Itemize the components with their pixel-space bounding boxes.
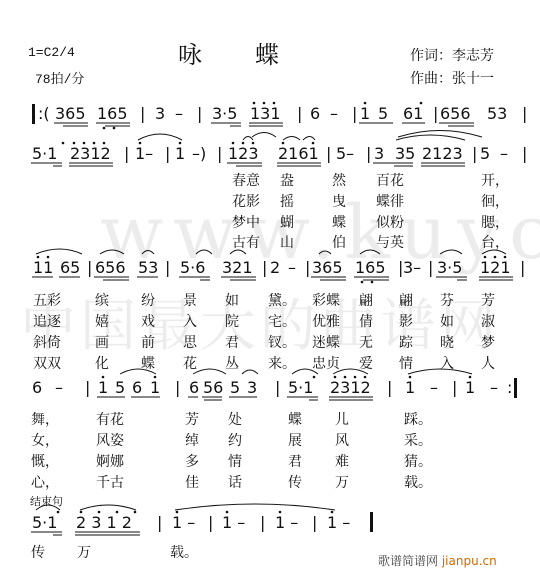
svg-text:|: |: [140, 104, 145, 123]
svg-text:6: 6: [32, 378, 42, 397]
svg-text:–: –: [330, 104, 338, 123]
lyric: 花影: [232, 191, 260, 211]
svg-text:123: 123: [228, 144, 259, 163]
svg-text:|: |: [522, 104, 527, 123]
svg-text:11: 11: [33, 258, 53, 277]
lyric: 猜。: [404, 451, 432, 471]
lyric: 君: [225, 332, 239, 352]
lyric: 倩: [359, 311, 373, 331]
lyric: 入: [183, 311, 197, 331]
svg-text:1: 1: [360, 104, 370, 123]
lyric: 开，: [481, 170, 509, 190]
lyric: 人: [481, 353, 495, 373]
svg-text:1 –: 1 –: [172, 513, 195, 532]
lyric: 五彩: [33, 290, 61, 310]
lyric: 蝶: [288, 409, 302, 429]
lyric: 淑: [481, 311, 495, 331]
lyric: 梦: [481, 332, 495, 352]
lyric: 双双: [33, 353, 61, 373]
lyric: 彩蝶: [312, 290, 340, 310]
lyric: 化: [95, 353, 109, 373]
lyric: 情: [228, 451, 242, 471]
lyric: 戏: [141, 311, 155, 331]
lyric: 载。: [404, 472, 432, 492]
lyric: 入: [440, 353, 454, 373]
lyric: 女，: [31, 430, 59, 450]
svg-text:65: 65: [60, 258, 80, 277]
svg-text:365: 365: [312, 258, 343, 277]
lyric: 花: [183, 353, 197, 373]
svg-text:53: 53: [138, 258, 158, 277]
lyric: 似粉: [376, 212, 404, 232]
svg-text:1 –: 1 –: [275, 513, 298, 532]
svg-text:165: 165: [355, 258, 386, 277]
lyric: 春意: [232, 170, 260, 190]
lyric: 纷: [141, 290, 155, 310]
lyric: 盎: [280, 170, 294, 190]
svg-text:2312: 2312: [330, 378, 371, 397]
svg-text:3: 3: [247, 378, 257, 397]
site-footer: 歌谱简谱网 jianpu.cn: [378, 552, 497, 569]
lyric: 万: [77, 542, 91, 562]
lyric: 芳: [481, 290, 495, 310]
lyric: 忠贞: [312, 353, 340, 373]
lyric: 丛: [225, 353, 239, 373]
lyric: 钗。: [268, 332, 296, 352]
svg-text:|: |: [297, 104, 302, 123]
lyric: 蝴: [280, 212, 294, 232]
svg-text:121: 121: [480, 258, 511, 277]
svg-text:|: |: [472, 144, 477, 163]
lyric: 如: [440, 311, 454, 331]
svg-text:|: |: [262, 258, 267, 277]
svg-text:|: |: [260, 513, 265, 532]
lyric: 无: [359, 332, 373, 352]
svg-text:|: |: [520, 258, 525, 277]
lyric: 画: [95, 332, 109, 352]
svg-text:–: –: [490, 378, 498, 397]
lyric: 晓: [440, 332, 454, 352]
svg-text:|: |: [175, 378, 180, 397]
svg-text:61: 61: [403, 104, 423, 123]
lyric: 山: [280, 232, 294, 252]
svg-text:|: |: [165, 144, 170, 163]
svg-text:|: |: [275, 378, 280, 397]
svg-text:|: |: [366, 144, 371, 163]
svg-text:|: |: [124, 144, 129, 163]
site-url: jianpu.cn: [442, 554, 497, 568]
lyric: 追逐: [33, 311, 61, 331]
svg-text:|: |: [433, 104, 438, 123]
lyric: 儿: [335, 409, 349, 429]
lyric: 缤: [95, 290, 109, 310]
lyric: 有花: [96, 409, 124, 429]
svg-text:321: 321: [222, 258, 253, 277]
lyric: 蝶: [141, 353, 155, 373]
svg-text:5: 5: [378, 104, 388, 123]
svg-text:35: 35: [395, 144, 415, 163]
svg-text:3–: 3–: [403, 258, 421, 277]
lyric: 载。: [170, 542, 198, 562]
svg-text:|: |: [452, 378, 457, 397]
ending-label: 结束句: [30, 493, 63, 509]
svg-text:2123: 2123: [422, 144, 463, 163]
svg-text::: :: [507, 378, 512, 397]
lyric: 处: [228, 409, 242, 429]
lyric: 徊，: [481, 191, 509, 211]
svg-text:|: |: [387, 378, 392, 397]
svg-text::(: :(: [38, 104, 50, 123]
lyric: 展: [288, 430, 302, 450]
svg-text:2: 2: [270, 258, 280, 277]
svg-text:1–: 1–: [135, 144, 153, 163]
svg-text:3: 3: [374, 144, 384, 163]
svg-text:2161: 2161: [278, 144, 319, 163]
lyric: 君: [288, 451, 302, 471]
svg-text:–: –: [175, 104, 183, 123]
lyric: 万: [335, 472, 349, 492]
lyric: 优雅: [312, 311, 340, 331]
lyric: 爱: [359, 353, 373, 373]
svg-text:|: |: [165, 258, 170, 277]
lyric: 曳: [332, 191, 346, 211]
svg-text:3·5: 3·5: [437, 258, 462, 277]
lyric: 然: [332, 170, 346, 190]
lyric: 斜倚: [33, 332, 61, 352]
svg-text:–: –: [500, 144, 508, 163]
lyric: 约: [228, 430, 242, 450]
lyric: 传: [288, 472, 302, 492]
svg-text:1: 1: [175, 144, 185, 163]
svg-text:2312: 2312: [70, 144, 111, 163]
svg-text:53: 53: [487, 104, 507, 123]
svg-text:5·1: 5·1: [32, 513, 57, 532]
lyric: 黛。: [268, 290, 296, 310]
svg-text:1 –: 1 –: [327, 513, 350, 532]
lyric: 影: [399, 311, 413, 331]
svg-text:6: 6: [310, 104, 320, 123]
lyric: 百花: [376, 170, 404, 190]
lyric: 院: [225, 311, 239, 331]
lyric: 风: [335, 430, 349, 450]
svg-text:3·5: 3·5: [212, 104, 237, 123]
lyric: 翩: [399, 290, 413, 310]
svg-text:6: 6: [189, 378, 199, 397]
lyric: 传: [31, 542, 45, 562]
svg-text:1 –: 1 –: [222, 513, 245, 532]
lyric: 芬: [440, 290, 454, 310]
svg-text:1: 1: [405, 378, 415, 397]
lyric: 绰: [185, 430, 199, 450]
svg-text:|: |: [522, 144, 527, 163]
lyric: 踩。: [404, 409, 432, 429]
svg-text:|: |: [312, 513, 317, 532]
lyric: 蝶: [332, 212, 346, 232]
svg-text:56: 56: [203, 378, 223, 397]
svg-text:|: |: [352, 104, 357, 123]
lyric: 如: [225, 290, 239, 310]
svg-text:–: –: [430, 378, 438, 397]
lyric: 千古: [96, 472, 124, 492]
svg-text:5: 5: [480, 144, 490, 163]
svg-text:1: 1: [150, 378, 160, 397]
svg-text:|: |: [197, 104, 202, 123]
svg-text:|: |: [85, 378, 90, 397]
svg-text:6: 6: [132, 378, 142, 397]
lyric: 佳: [185, 472, 199, 492]
lyric: 心，: [31, 472, 59, 492]
svg-text:–): –): [192, 144, 206, 163]
svg-text:|: |: [208, 513, 213, 532]
lyric: 蝶徘: [376, 191, 404, 211]
lyric: 古有: [232, 232, 260, 252]
lyric: 采。: [404, 430, 432, 450]
lyric: 前: [141, 332, 155, 352]
lyric: 婀娜: [96, 451, 124, 471]
svg-text:|: |: [326, 144, 331, 163]
svg-text:–: –: [288, 258, 296, 277]
svg-text:5–: 5–: [336, 144, 354, 163]
site-name: 歌谱简谱网: [378, 554, 438, 568]
svg-text:3: 3: [155, 104, 165, 123]
lyric: 迷蝶: [312, 332, 340, 352]
lyric: 伯: [332, 232, 346, 252]
svg-text:656: 656: [440, 104, 471, 123]
svg-text:165: 165: [97, 104, 128, 123]
lyric: 嬉: [95, 311, 109, 331]
svg-text:–: –: [55, 378, 63, 397]
lyric: 多: [185, 451, 199, 471]
lyric: 慨，: [31, 451, 59, 471]
lyric: 舞，: [31, 409, 59, 429]
svg-text:5·6: 5·6: [180, 258, 205, 277]
lyric: 台，: [481, 232, 509, 252]
svg-text:2 3 1 2: 2 3 1 2: [76, 513, 132, 532]
lyric: 腮，: [481, 212, 509, 232]
lyric: 踪: [399, 332, 413, 352]
svg-text:1: 1: [98, 378, 108, 397]
lyric: 来。: [268, 353, 296, 373]
lyric: 梦中: [232, 212, 260, 232]
svg-text:|: |: [428, 258, 433, 277]
svg-text:5: 5: [115, 378, 125, 397]
lyric: 难: [335, 451, 349, 471]
lyric: 翩: [359, 290, 373, 310]
svg-text:656: 656: [95, 258, 126, 277]
svg-text:131: 131: [250, 104, 281, 123]
lyric: 摇: [280, 191, 294, 211]
svg-text:1: 1: [465, 378, 475, 397]
svg-text:|: |: [305, 258, 310, 277]
svg-text:5·1: 5·1: [32, 144, 57, 163]
lyric: 话: [228, 472, 242, 492]
lyric: 情: [399, 353, 413, 373]
svg-text:|: |: [217, 144, 222, 163]
lyric: 宅。: [268, 311, 296, 331]
svg-text:5·1: 5·1: [288, 378, 313, 397]
svg-text:|: |: [87, 258, 92, 277]
svg-text:5: 5: [230, 378, 240, 397]
lyric: 思: [183, 332, 197, 352]
svg-text:365: 365: [55, 104, 86, 123]
lyric: 与英: [376, 232, 404, 252]
lyric: 风姿: [96, 430, 124, 450]
svg-text:|: |: [157, 513, 162, 532]
lyric: 芳: [185, 409, 199, 429]
notation-graphics: :( 365165 |3– |3·5131 |6– |1561 |65653| …: [0, 0, 540, 571]
lyric: 景: [183, 290, 197, 310]
